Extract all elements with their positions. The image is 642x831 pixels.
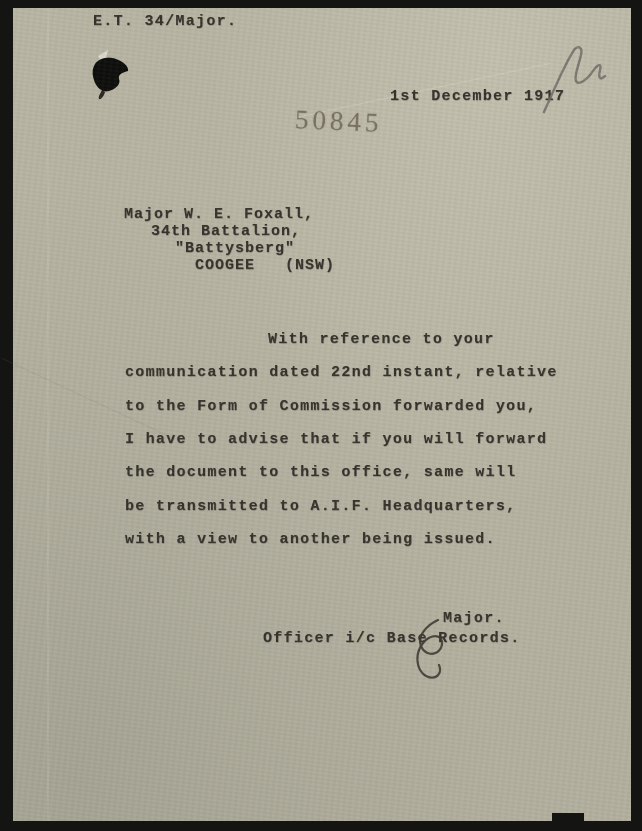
- scanned-letter-page: E.T. 34/Major. 1st December 1917 50845 M…: [0, 0, 642, 831]
- address-line-locality: COOGEE (NSW): [195, 257, 335, 274]
- body-line: be transmitted to A.I.F. Headquarters,: [125, 498, 516, 515]
- address-line-residence: "Battysberg": [175, 240, 295, 257]
- registry-stamp: 50845: [294, 104, 383, 139]
- scan-border-notch: [552, 813, 584, 825]
- body-line: the document to this office, same will: [125, 464, 516, 481]
- pencil-annotation: [540, 42, 610, 116]
- paper-streak: [47, 8, 49, 821]
- body-line: with a view to another being issued.: [125, 531, 496, 548]
- letter-date: 1st December 1917: [390, 88, 565, 105]
- body-line: to the Form of Commission forwarded you,: [125, 398, 537, 415]
- pen-squiggle: [405, 615, 453, 685]
- body-line: I have to advise that if you will forwar…: [125, 431, 547, 448]
- body-line: communication dated 22nd instant, relati…: [125, 364, 558, 381]
- signature-title: Officer i/c Base Records.: [263, 630, 521, 647]
- letter-paper: E.T. 34/Major. 1st December 1917 50845 M…: [13, 8, 631, 821]
- address-line-unit: 34th Battalion,: [151, 223, 301, 240]
- address-line-name: Major W. E. Foxall,: [124, 206, 314, 223]
- paper-hole: [78, 46, 136, 104]
- reference-number: E.T. 34/Major.: [93, 13, 237, 30]
- body-line: With reference to your: [268, 331, 495, 348]
